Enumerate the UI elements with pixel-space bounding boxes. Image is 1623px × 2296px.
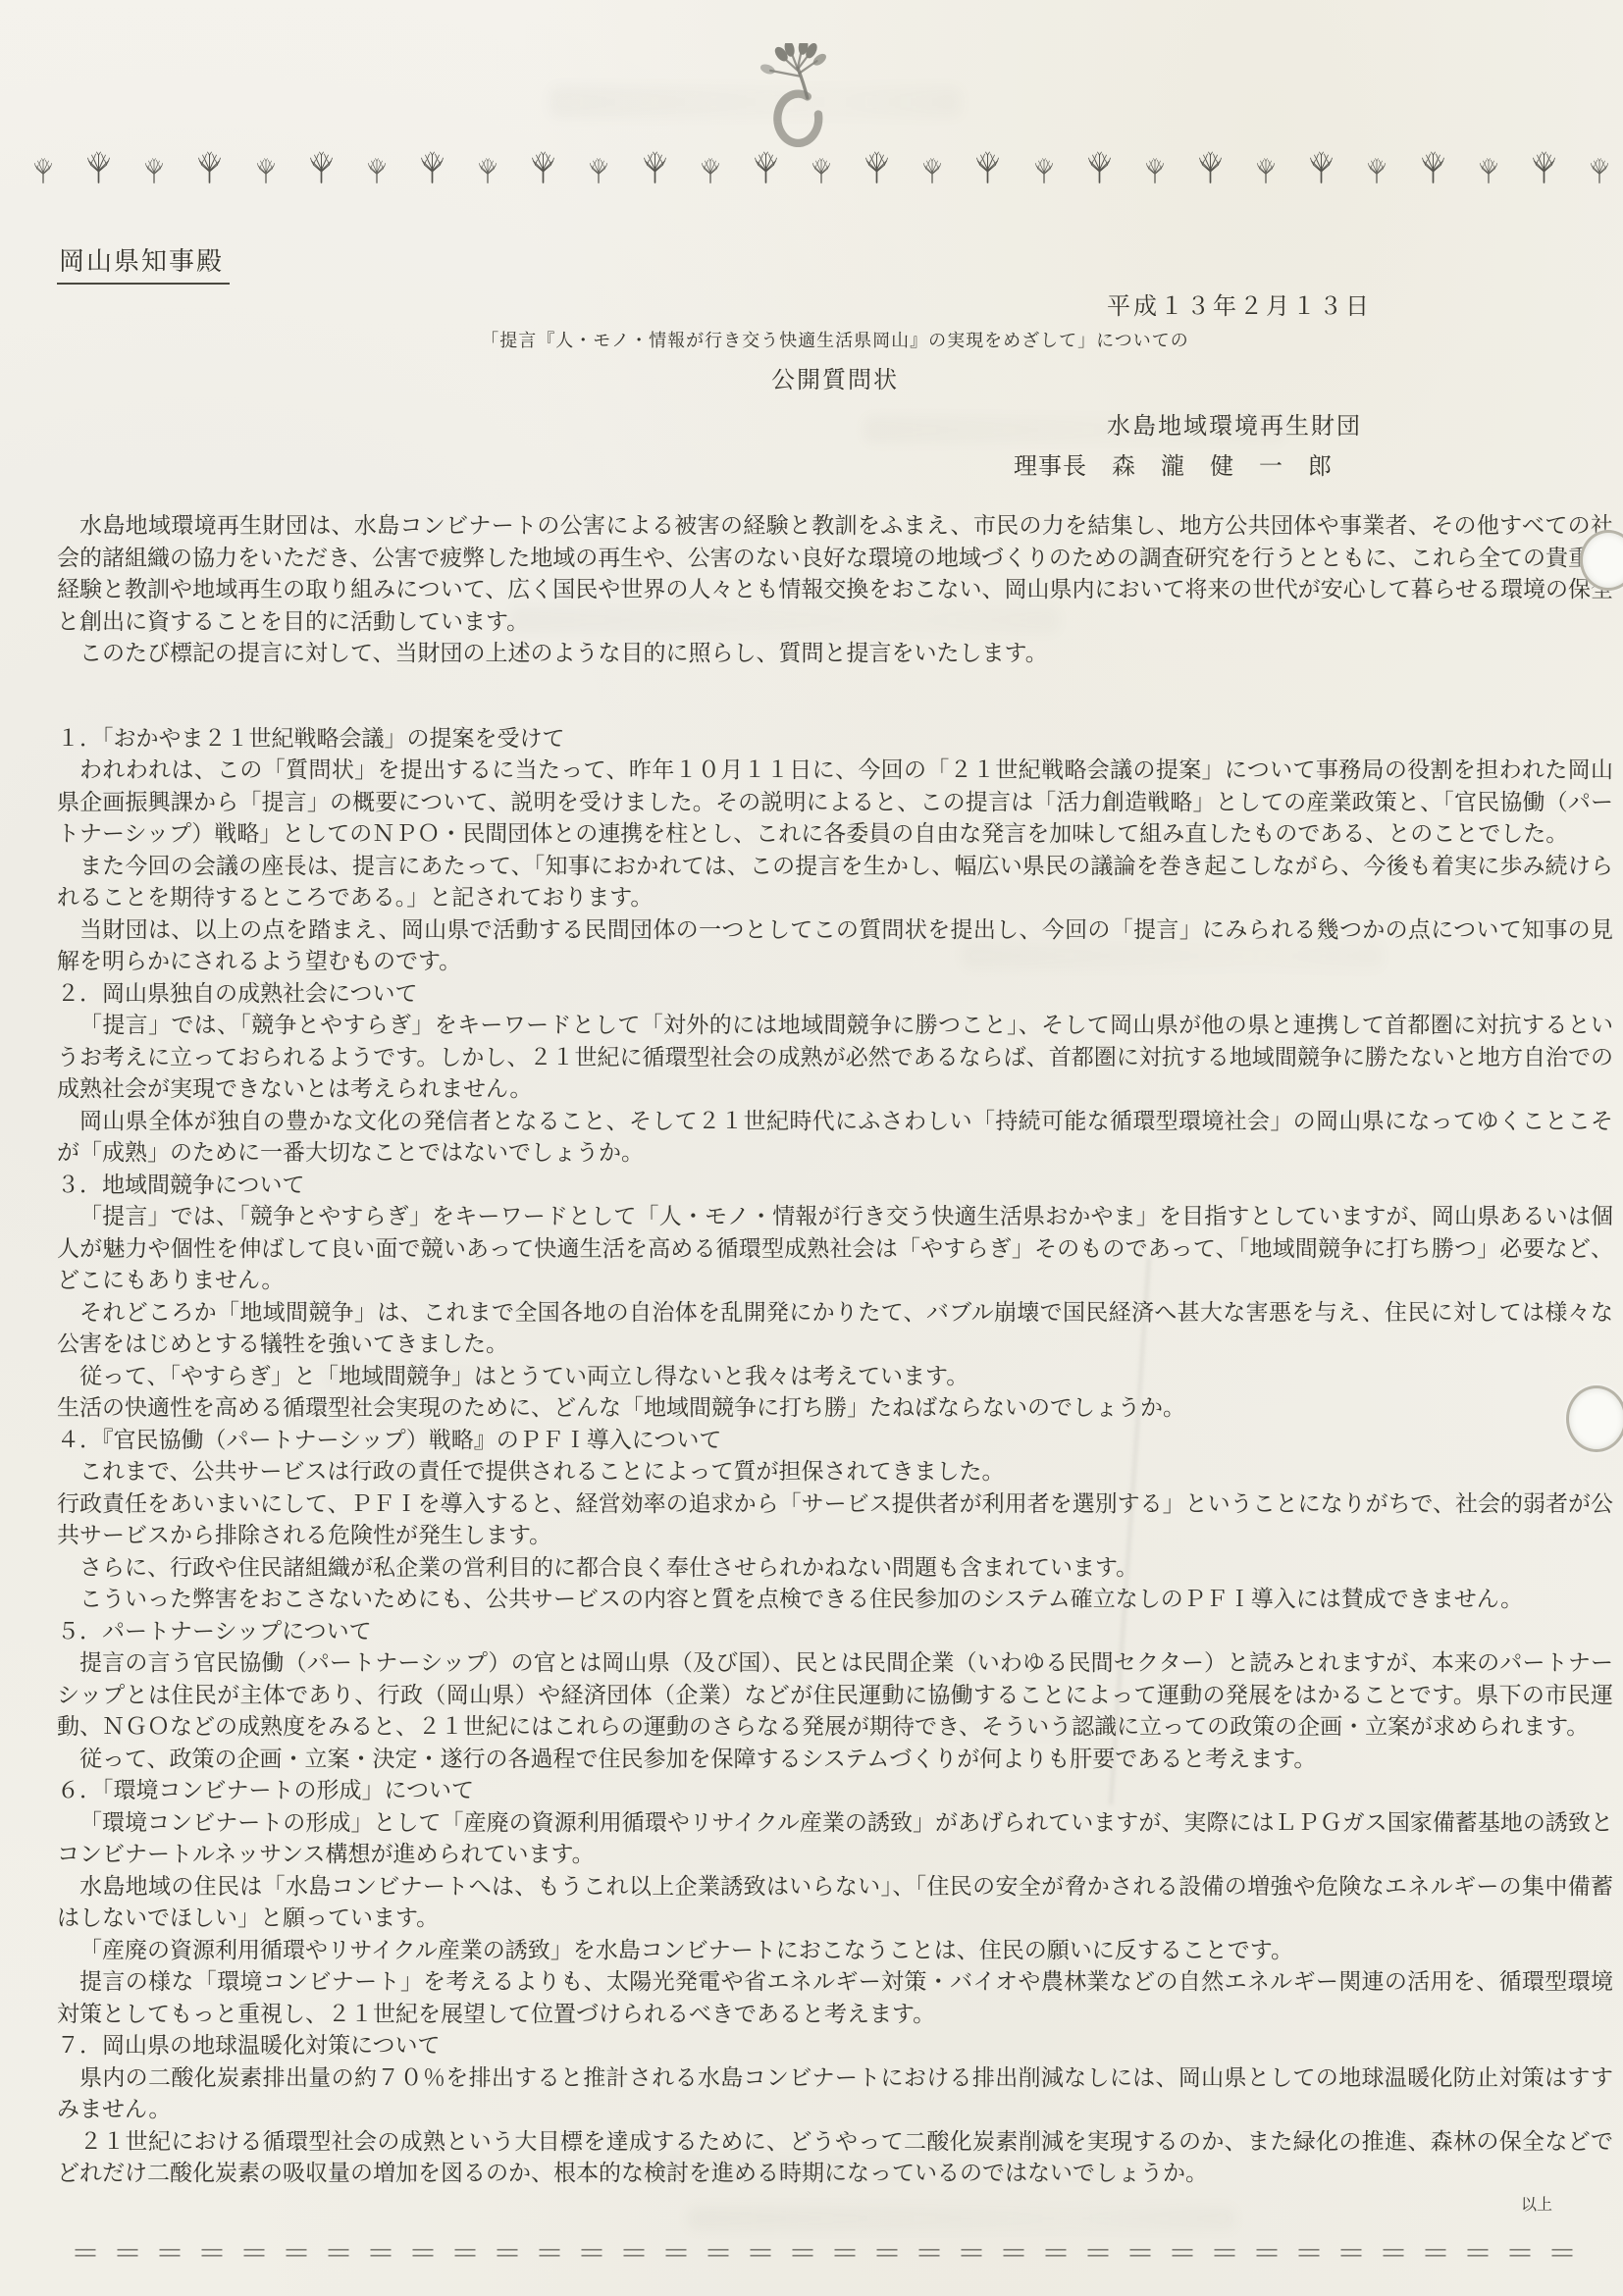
body-paragraph: われわれは、この「質問状」を提出するに当たって、昨年１０月１１日に、今回の「２１… bbox=[57, 755, 1613, 851]
body-paragraph: それどころか「地域間競争」は、これまで全国各地の自治体を乱開発にかりたて、バブル… bbox=[57, 1297, 1613, 1361]
document-body: 水島地域環境再生財団は、水島コンビナートの公害による被害の経験と教訓をふまえ、市… bbox=[57, 510, 1613, 2190]
section-heading: ３．地域間競争について bbox=[57, 1170, 1613, 1202]
section-heading: ７．岡山県の地球温暖化対策について bbox=[57, 2030, 1613, 2062]
letter-content: 岡山県知事殿 平成１３年２月１３日 「提言『人・モノ・情報が行き交う快適生活県岡… bbox=[57, 0, 1613, 2215]
recipient: 岡山県知事殿 bbox=[57, 241, 230, 285]
body-paragraph: こういった弊害をおこさないためにも、公共サービスの内容と質を点検できる住民参加の… bbox=[57, 1584, 1613, 1616]
body-paragraph: さらに、行政や住民諸組織が私企業の営利目的に都合良く奉仕させられかねない問題も含… bbox=[57, 1552, 1613, 1585]
body-paragraph: 水島地域環境再生財団は、水島コンビナートの公害による被害の経験と教訓をふまえ、市… bbox=[57, 510, 1613, 638]
date: 平成１３年２月１３日 bbox=[57, 287, 1613, 321]
document-title: 「提言『人・モノ・情報が行き交う快適生活県岡山』の実現をめざして」についての bbox=[57, 327, 1613, 352]
body-paragraph: また今回の会議の座長は、提言にあたって、「知事におかれては、この提言を生かし、幅… bbox=[57, 851, 1613, 914]
body-paragraph: ２１世紀における循環型社会の成熟という大目標を達成するために、どうやって二酸化炭… bbox=[57, 2126, 1613, 2190]
body-paragraph: 生活の快適性を高める循環型社会実現のために、どんな「地域間競争に打ち勝」たねばな… bbox=[57, 1392, 1613, 1425]
section-heading: ４．『官民協働（パートナーシップ）戦略』のＰＦＩ導入について bbox=[57, 1425, 1613, 1457]
section-heading: ５．パートナーシップについて bbox=[57, 1616, 1613, 1648]
section-heading: １．「おかやま２１世紀戦略会議」の提案を受けて bbox=[57, 723, 1613, 756]
body-paragraph: これまで、公共サービスは行政の責任で提供されることによって質が担保されてきました… bbox=[57, 1456, 1613, 1488]
body-paragraph: 提言の様な「環境コンビナート」を考えるよりも、太陽光発電や省エネルギー対策・バイ… bbox=[57, 1966, 1613, 2030]
section-heading: ６．「環境コンビナートの形成」について bbox=[57, 1775, 1613, 1807]
body-paragraph: 行政責任をあいまいにして、ＰＦＩを導入すると、経営効率の追求から「サービス提供者… bbox=[57, 1488, 1613, 1552]
body-paragraph: 「産廃の資源利用循環やリサイクル産業の誘致」を水島コンビナートにおこなうことは、… bbox=[57, 1935, 1613, 1967]
punch-hole bbox=[1566, 1385, 1623, 1452]
body-paragraph: 県内の二酸化炭素排出量の約７０％を排出すると推計される水島コンビナートにおける排… bbox=[57, 2062, 1613, 2126]
body-paragraph: 水島地域の住民は「水島コンビナートへは、もうこれ以上企業誘致はいらない」、「住民… bbox=[57, 1871, 1613, 1935]
body-paragraph: 岡山県全体が独自の豊かな文化の発信者となること、そして２１世紀時代にふさわしい「… bbox=[57, 1106, 1613, 1170]
body-paragraph: 当財団は、以上の点を踏まえ、岡山県で活動する民間団体の一つとしてこの質問状を提出… bbox=[57, 914, 1613, 978]
document-subtitle: 公開質問状 bbox=[57, 360, 1613, 394]
body-paragraph: 「提言」では、「競争とやすらぎ」をキーワードとして「人・モノ・情報が行き交う快適… bbox=[57, 1201, 1613, 1297]
tree-icon bbox=[33, 157, 53, 188]
sender-organization: 水島地域環境再生財団 bbox=[57, 406, 1613, 441]
body-paragraph: 提言の言う官民協働（パートナーシップ）の官とは岡山県（及び国）、民とは民間企業（… bbox=[57, 1647, 1613, 1744]
sender-person: 理事長 森 瀧 健 一 郎 bbox=[57, 446, 1613, 481]
section-heading: ２．岡山県独自の成熟社会について bbox=[57, 978, 1613, 1011]
closing: 以上 bbox=[57, 2192, 1613, 2215]
body-paragraph: 従って、政策の企画・立案・決定・遂行の各過程で住民参加を保障するシステムづくりが… bbox=[57, 1744, 1613, 1776]
body-paragraph: このたび標記の提言に対して、当財団の上述のような目的に照らし、質問と提言をいたし… bbox=[57, 638, 1613, 670]
bottom-border: ＝＝＝＝＝＝＝＝＝＝＝＝＝＝＝＝＝＝＝＝＝＝＝＝＝＝＝＝＝＝＝＝＝＝＝＝ bbox=[71, 2229, 1623, 2272]
body-paragraph: 従って、「やすらぎ」と「地域間競争」はとうてい両立し得ないと我々は考えています。 bbox=[57, 1361, 1613, 1393]
body-paragraph: 「環境コンビナートの形成」として「産廃の資源利用循環やリサイクル産業の誘致」があ… bbox=[57, 1807, 1613, 1871]
body-paragraph: 「提言」では、「競争とやすらぎ」をキーワードとして「対外的には地域間競争に勝つこ… bbox=[57, 1010, 1613, 1106]
scanned-letter-page: 岡山県知事殿 平成１３年２月１３日 「提言『人・モノ・情報が行き交う快適生活県岡… bbox=[0, 0, 1623, 2296]
